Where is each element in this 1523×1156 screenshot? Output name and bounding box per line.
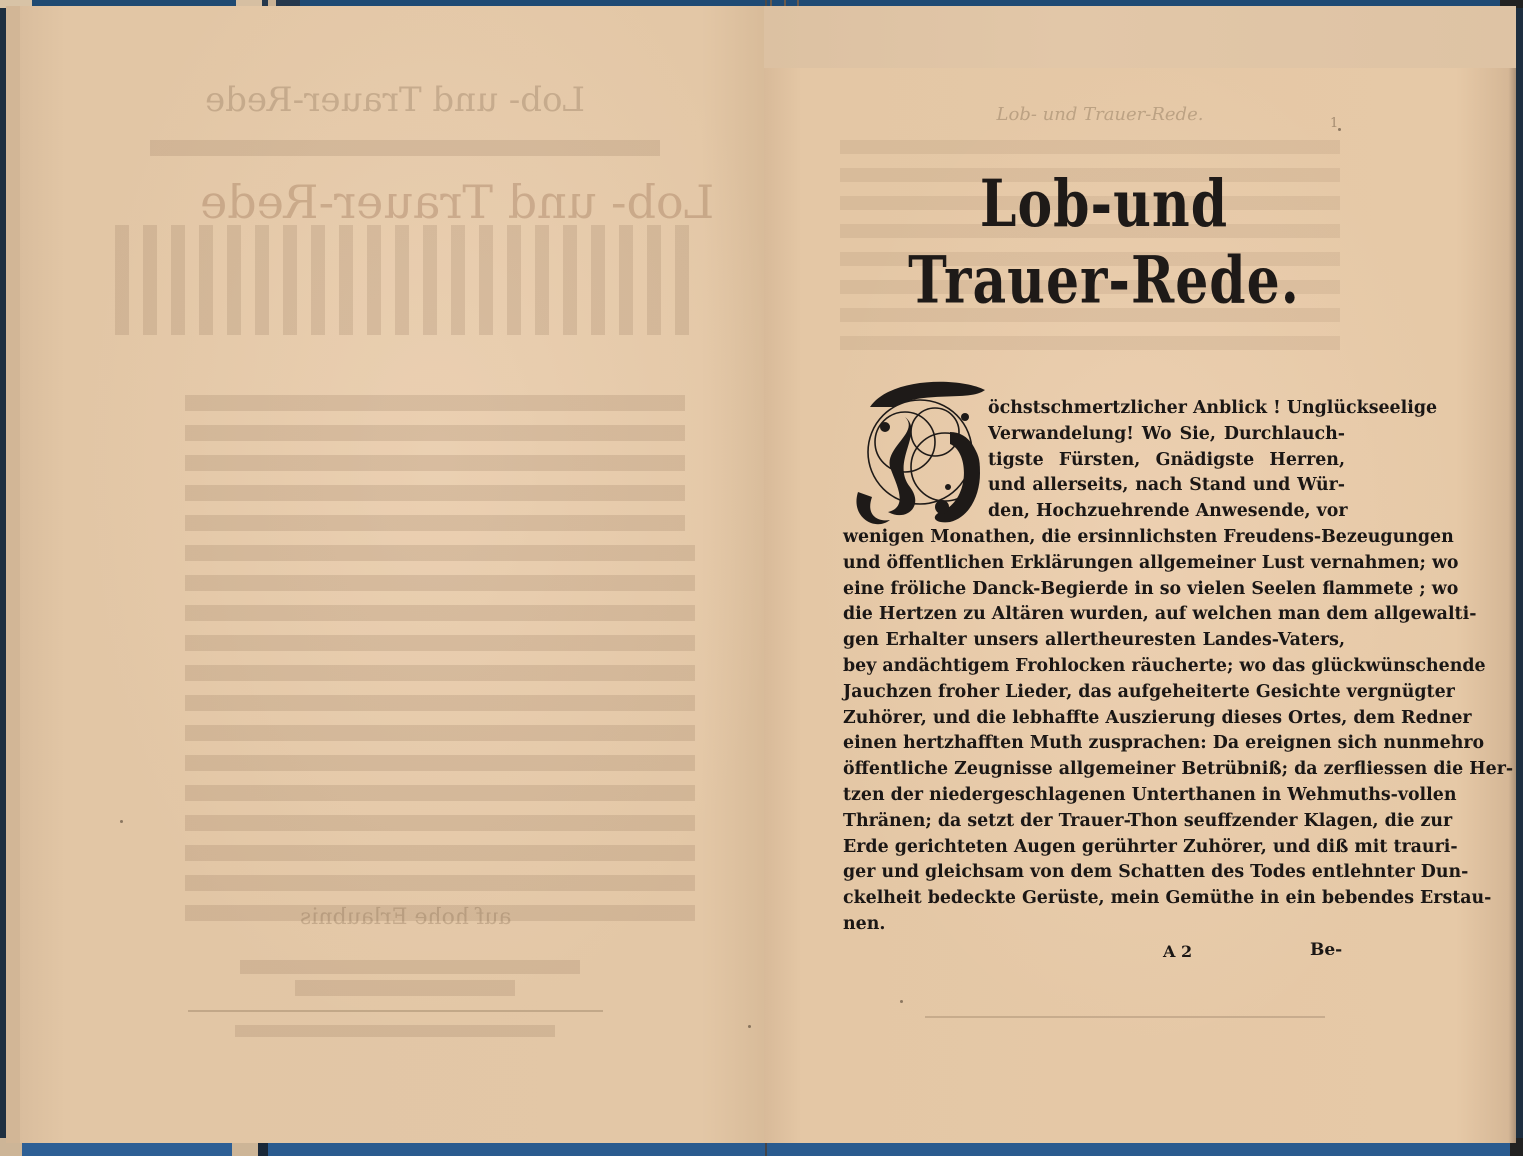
- ghost-text-block-1: [185, 395, 685, 540]
- text-line: Verwandelung! Wo Sie, Durchlauch-: [843, 422, 1345, 448]
- text-line: die Hertzen zu Altären wurden, auf welch…: [843, 602, 1345, 628]
- running-head: Lob- und Trauer-Rede.: [985, 104, 1215, 125]
- ghost-subtitle-line: [150, 140, 660, 166]
- text-line: öchstschmertzlicher Anblick ! Unglücksee…: [843, 396, 1345, 422]
- signature-mark: A 2: [1163, 942, 1192, 961]
- paper-speck: [900, 1000, 903, 1003]
- body-paragraph: öchstschmertzlicher Anblick ! Unglücksee…: [843, 396, 1345, 938]
- text-line: nen.: [843, 912, 1345, 938]
- ghost-running-title: Lob- und Trauer-Rede: [205, 80, 585, 120]
- text-line: Erde gerichteten Augen gerührter Zuhörer…: [843, 835, 1345, 861]
- ghost-rule-right: [925, 1016, 1325, 1018]
- text-line: den, Hochzuehrende Anwesende, vor: [843, 499, 1345, 525]
- ghost-text-block-2: [185, 545, 695, 935]
- text-line: Zuhörer, und die lebhaffte Auszierung di…: [843, 706, 1345, 732]
- ghost-large-heading: [115, 225, 695, 335]
- ghost-printer-line: [235, 1025, 555, 1037]
- right-page-underlayer: [764, 6, 1516, 68]
- text-line: Jauchzen froher Lieder, das aufgeheitert…: [843, 680, 1345, 706]
- text-line: öffentliche Zeugnisse allgemeiner Betrüb…: [843, 757, 1345, 783]
- text-line: ckelheit bedeckte Gerüste, mein Gemüthe …: [843, 886, 1345, 912]
- text-line: eine fröliche Danck-Begierde in so viele…: [843, 577, 1345, 603]
- page-title: Lob-und Trauer-Rede.: [864, 166, 1344, 319]
- text-line: Thränen; da setzt der Trauer-Thon seuffz…: [843, 809, 1345, 835]
- text-line: einen hertzhafften Muth zusprachen: Da e…: [843, 731, 1345, 757]
- paper-speck: [1338, 128, 1341, 131]
- text-line: bey andächtigem Frohlocken räucherte; wo…: [843, 654, 1345, 680]
- ghost-small-line: [240, 960, 580, 974]
- text-line: tigste Fürsten, Gnädigste Herren,: [843, 448, 1345, 474]
- text-line: wenigen Monathen, die ersinnlichsten Fre…: [843, 525, 1345, 551]
- paper-speck: [120, 820, 123, 823]
- catchword: Be-: [1310, 940, 1342, 960]
- ghost-imprint-line: auf hohe Erlaubnis: [300, 905, 512, 930]
- text-line: gen Erhalter unsers allertheuresten Land…: [843, 628, 1345, 654]
- text-line: ger und gleichsam von dem Schatten des T…: [843, 860, 1345, 886]
- ghost-name-line: [295, 980, 515, 1002]
- ghost-rule: [188, 1010, 603, 1012]
- text-line: tzen der niedergeschlagenen Unterthanen …: [843, 783, 1345, 809]
- ghost-title: Lob- und Trauer-Rede: [200, 175, 714, 229]
- paper-speck: [748, 1025, 751, 1028]
- text-line: und öffentlichen Erklärungen allgemeiner…: [843, 551, 1345, 577]
- text-line: und allerseits, nach Stand und Wür-: [843, 473, 1345, 499]
